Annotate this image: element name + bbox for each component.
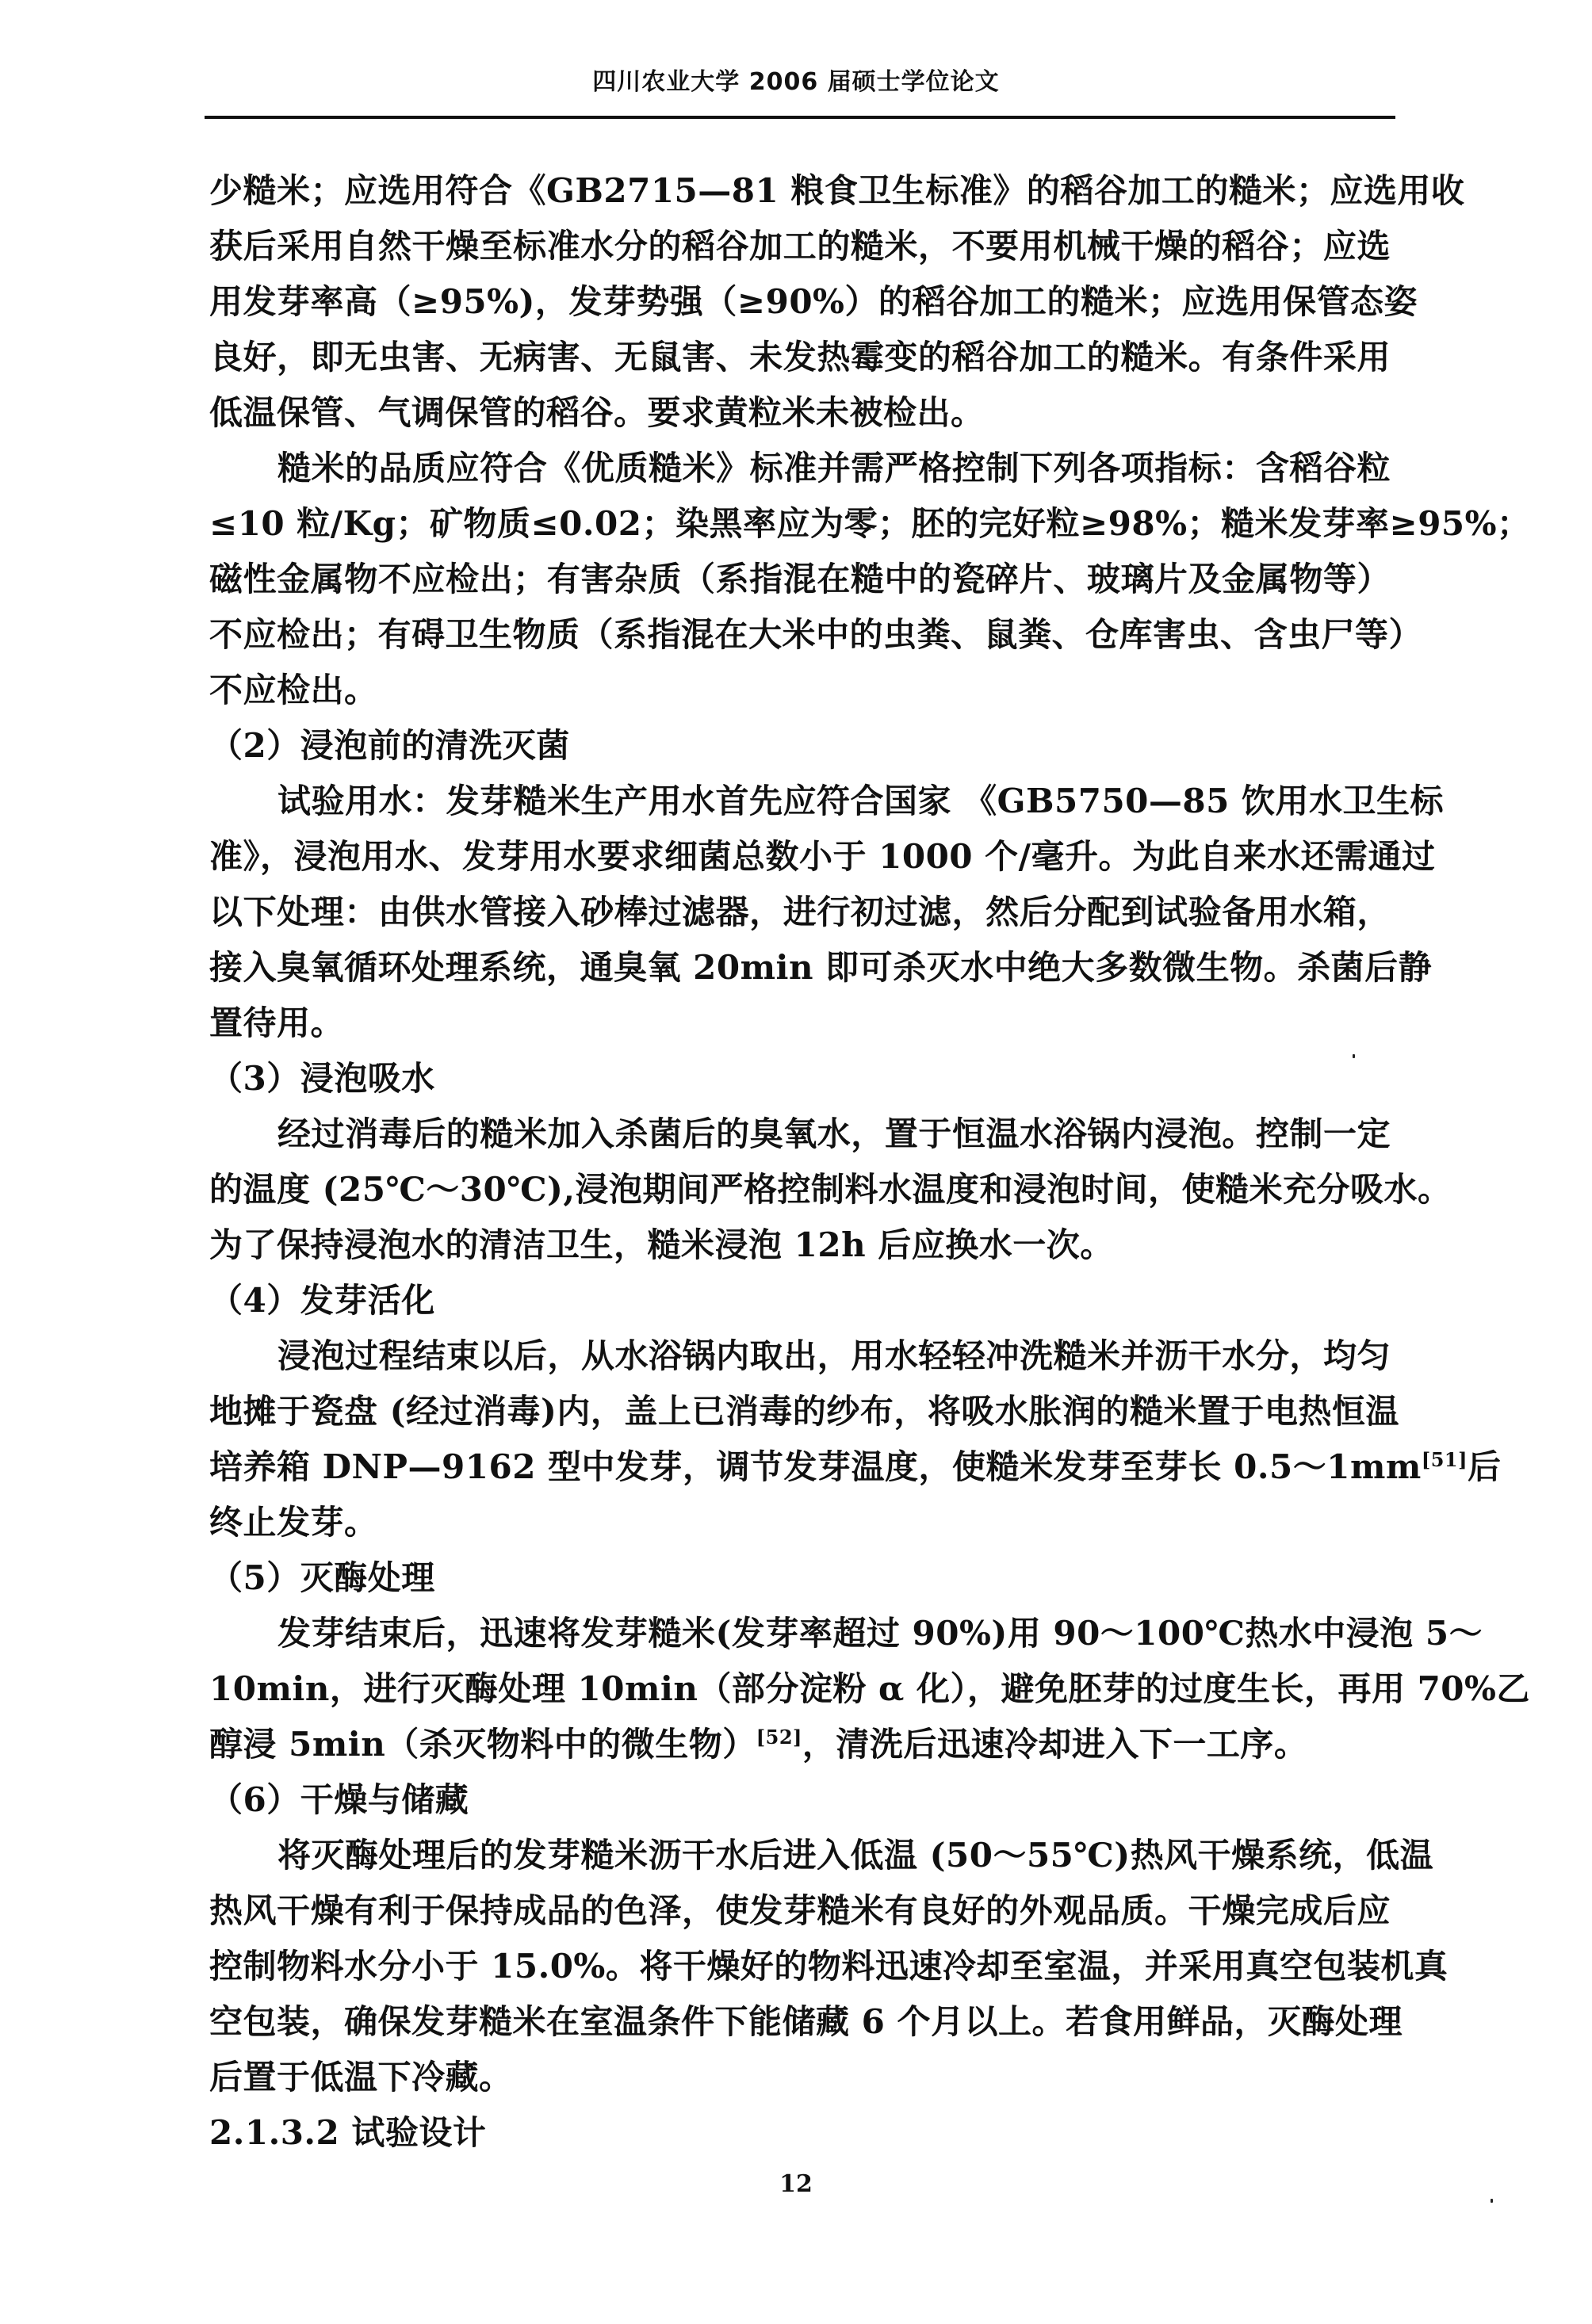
paragraph-line: 经过消毒后的糙米加入杀菌后的臭氧水，置于恒温水浴锅内浸泡。控制一定 <box>209 1107 1391 1162</box>
line-text: 醇浸 5min（杀灭物料中的微生物） <box>209 1725 756 1764</box>
line-text: 低温保管、气调保管的稻谷。要求黄粒米未被检出。 <box>209 393 985 432</box>
section-heading: （3）浸泡吸水 <box>209 1051 1391 1107</box>
line-text: （6）干燥与储藏 <box>209 1780 469 1819</box>
line-text-tail: ，清洗后迅速冷却进入下一工序。 <box>802 1725 1308 1764</box>
paragraph-line: 少糙米；应选用符合《GB2715—81 粮食卫生标准》的稻谷加工的糙米；应选用收 <box>209 163 1391 219</box>
paragraph-line: 终止发芽。 <box>209 1495 1391 1550</box>
paragraph-line: 空包装，确保发芽糙米在室温条件下能储藏 6 个月以上。若食用鲜品，灭酶处理 <box>209 1994 1391 2050</box>
line-text: （3）浸泡吸水 <box>209 1059 435 1098</box>
paragraph-line: 不应检出；有碍卫生物质（系指混在大米中的虫粪、鼠粪、仓库害虫、含虫尸等） <box>209 607 1391 663</box>
paragraph-line: ≤10 粒/Kg；矿物质≤0.02；染黑率应为零；胚的完好粒≥98%；糙米发芽率… <box>209 496 1391 552</box>
line-text: 培养箱 DNP—9162 型中发芽，调节发芽温度，使糙米发芽至芽长 0.5～1m… <box>209 1447 1422 1486</box>
paragraph-line: 发芽结束后，迅速将发芽糙米(发芽率超过 90%)用 90～100℃热水中浸泡 5… <box>209 1606 1391 1661</box>
paragraph-line: 不应检出。 <box>209 663 1391 718</box>
citation-ref: [52] <box>756 1726 802 1749</box>
paragraph-line: 的温度 (25℃～30℃),浸泡期间严格控制料水温度和浸泡时间，使糙米充分吸水。 <box>209 1162 1391 1217</box>
paragraph-line: 置待用。 <box>209 996 1391 1051</box>
paragraph-line: 控制物料水分小于 15.0%。将干燥好的物料迅速冷却至室温，并采用真空包装机真 <box>209 1939 1391 1994</box>
line-text: 热风干燥有利于保持成品的色泽，使发芽糙米有良好的外观品质。干燥完成后应 <box>209 1891 1391 1930</box>
line-text: 接入臭氧循环处理系统，通臭氧 20min 即可杀灭水中绝大多数微生物。杀菌后静 <box>209 948 1432 987</box>
line-text: 获后采用自然干燥至标准水分的稻谷加工的糙米，不要用机械干燥的稻谷；应选 <box>209 227 1391 266</box>
paragraph-line: 准》，浸泡用水、发芽用水要求细菌总数小于 1000 个/毫升。为此自来水还需通过 <box>209 829 1391 885</box>
paragraph-line: 10min，进行灭酶处理 10min（部分淀粉 α 化），避免胚芽的过度生长，再… <box>209 1661 1391 1717</box>
line-text: 准》，浸泡用水、发芽用水要求细菌总数小于 1000 个/毫升。为此自来水还需通过 <box>209 837 1435 876</box>
line-text: 糙米的品质应符合《优质糙米》标准并需严格控制下列各项指标：含稻谷粒 <box>277 449 1391 487</box>
line-text: 用发芽率高（≥95%)，发芽势强（≥90%）的稻谷加工的糙米；应选用保管态姿 <box>209 282 1418 321</box>
paragraph-line: 接入臭氧循环处理系统，通臭氧 20min 即可杀灭水中绝大多数微生物。杀菌后静 <box>209 940 1391 996</box>
line-text: 空包装，确保发芽糙米在室温条件下能储藏 6 个月以上。若食用鲜品，灭酶处理 <box>209 2002 1403 2041</box>
citation-ref: [51] <box>1422 1448 1468 1471</box>
paragraph-line: 后置于低温下冷藏。 <box>209 2050 1391 2105</box>
line-text: 的温度 (25℃～30℃),浸泡期间严格控制料水温度和浸泡时间，使糙米充分吸水。 <box>209 1170 1452 1209</box>
line-text: 浸泡过程结束以后，从水浴锅内取出，用水轻轻冲洗糙米并沥干水分，均匀 <box>277 1336 1391 1375</box>
line-text: （4）发芽活化 <box>209 1281 435 1320</box>
line-text: 地摊于瓷盘 (经过消毒)内，盖上已消毒的纱布，将吸水胀润的糙米置于电热恒温 <box>209 1392 1399 1431</box>
line-text-tail: 后 <box>1468 1447 1502 1486</box>
paragraph-line: 磁性金属物不应检出；有害杂质（系指混在糙中的瓷碎片、玻璃片及金属物等） <box>209 552 1391 607</box>
subsection-heading: 2.1.3.2 试验设计 <box>209 2105 1391 2161</box>
paragraph-line: 浸泡过程结束以后，从水浴锅内取出，用水轻轻冲洗糙米并沥干水分，均匀 <box>209 1328 1391 1384</box>
line-text: 少糙米；应选用符合《GB2715—81 粮食卫生标准》的稻谷加工的糙米；应选用收 <box>209 171 1464 210</box>
paragraph-line: 培养箱 DNP—9162 型中发芽，调节发芽温度，使糙米发芽至芽长 0.5～1m… <box>209 1439 1391 1495</box>
line-text: 置待用。 <box>209 1003 344 1042</box>
line-text: 终止发芽。 <box>209 1503 378 1542</box>
scan-speck <box>1353 1054 1355 1058</box>
line-text: 将灭酶处理后的发芽糙米沥干水后进入低温 (50～55℃)热风干燥系统，低温 <box>277 1836 1433 1875</box>
section-heading: （4）发芽活化 <box>209 1273 1391 1328</box>
section-heading: （6）干燥与储藏 <box>209 1772 1391 1828</box>
paragraph-line: 为了保持浸泡水的清洁卫生，糙米浸泡 12h 后应换水一次。 <box>209 1217 1391 1273</box>
paragraph-line: 用发芽率高（≥95%)，发芽势强（≥90%）的稻谷加工的糙米；应选用保管态姿 <box>209 274 1391 330</box>
line-text: 磁性金属物不应检出；有害杂质（系指混在糙中的瓷碎片、玻璃片及金属物等） <box>209 560 1391 598</box>
section-heading: （5）灭酶处理 <box>209 1550 1391 1606</box>
line-text: 发芽结束后，迅速将发芽糙米(发芽率超过 90%)用 90～100℃热水中浸泡 5… <box>277 1614 1483 1653</box>
line-text: 试验用水：发芽糙米生产用水首先应符合国家 《GB5750—85 饮用水卫生标 <box>277 782 1444 820</box>
line-text: 10min，进行灭酶处理 10min（部分淀粉 α 化），避免胚芽的过度生长，再… <box>209 1669 1530 1708</box>
paragraph-line: 热风干燥有利于保持成品的色泽，使发芽糙米有良好的外观品质。干燥完成后应 <box>209 1883 1391 1939</box>
paragraph-line: 地摊于瓷盘 (经过消毒)内，盖上已消毒的纱布，将吸水胀润的糙米置于电热恒温 <box>209 1384 1391 1439</box>
paragraph-line: 将灭酶处理后的发芽糙米沥干水后进入低温 (50～55℃)热风干燥系统，低温 <box>209 1828 1391 1883</box>
line-text: （2）浸泡前的清洗灭菌 <box>209 726 570 765</box>
line-text: 经过消毒后的糙米加入杀菌后的臭氧水，置于恒温水浴锅内浸泡。控制一定 <box>277 1114 1391 1153</box>
body-text: 少糙米；应选用符合《GB2715—81 粮食卫生标准》的稻谷加工的糙米；应选用收… <box>209 163 1391 2161</box>
line-text: 2.1.3.2 试验设计 <box>209 2113 486 2152</box>
line-text: 控制物料水分小于 15.0%。将干燥好的物料迅速冷却至室温，并采用真空包装机真 <box>209 1947 1448 1986</box>
line-text: 以下处理：由供水管接入砂棒过滤器，进行初过滤，然后分配到试验备用水箱， <box>209 893 1391 931</box>
page-number: 12 <box>0 2170 1592 2198</box>
paragraph-line: 以下处理：由供水管接入砂棒过滤器，进行初过滤，然后分配到试验备用水箱， <box>209 885 1391 940</box>
line-text: 良好，即无虫害、无病害、无鼠害、未发热霉变的稻谷加工的糙米。有条件采用 <box>209 338 1391 377</box>
paragraph-line: 获后采用自然干燥至标准水分的稻谷加工的糙米，不要用机械干燥的稻谷；应选 <box>209 219 1391 274</box>
line-text: 后置于低温下冷藏。 <box>209 2058 513 2097</box>
line-text: 不应检出；有碍卫生物质（系指混在大米中的虫粪、鼠粪、仓库害虫、含虫尸等） <box>209 615 1422 654</box>
line-text: 为了保持浸泡水的清洁卫生，糙米浸泡 12h 后应换水一次。 <box>209 1225 1114 1264</box>
line-text: （5）灭酶处理 <box>209 1558 435 1597</box>
paragraph-line: 良好，即无虫害、无病害、无鼠害、未发热霉变的稻谷加工的糙米。有条件采用 <box>209 330 1391 385</box>
header-rule <box>205 116 1395 119</box>
running-header: 四川农业大学 2006 届硕士学位论文 <box>0 62 1592 97</box>
paragraph-line: 试验用水：发芽糙米生产用水首先应符合国家 《GB5750—85 饮用水卫生标 <box>209 774 1391 829</box>
line-text: ≤10 粒/Kg；矿物质≤0.02；染黑率应为零；胚的完好粒≥98%；糙米发芽率… <box>209 504 1531 543</box>
paragraph-line: 低温保管、气调保管的稻谷。要求黄粒米未被检出。 <box>209 385 1391 441</box>
paragraph-line: 醇浸 5min（杀灭物料中的微生物）[52]，清洗后迅速冷却进入下一工序。 <box>209 1717 1391 1772</box>
line-text: 不应检出。 <box>209 671 378 709</box>
paragraph-line: 糙米的品质应符合《优质糙米》标准并需严格控制下列各项指标：含稻谷粒 <box>209 441 1391 496</box>
section-heading: （2）浸泡前的清洗灭菌 <box>209 718 1391 774</box>
scan-speck <box>1491 2199 1493 2203</box>
